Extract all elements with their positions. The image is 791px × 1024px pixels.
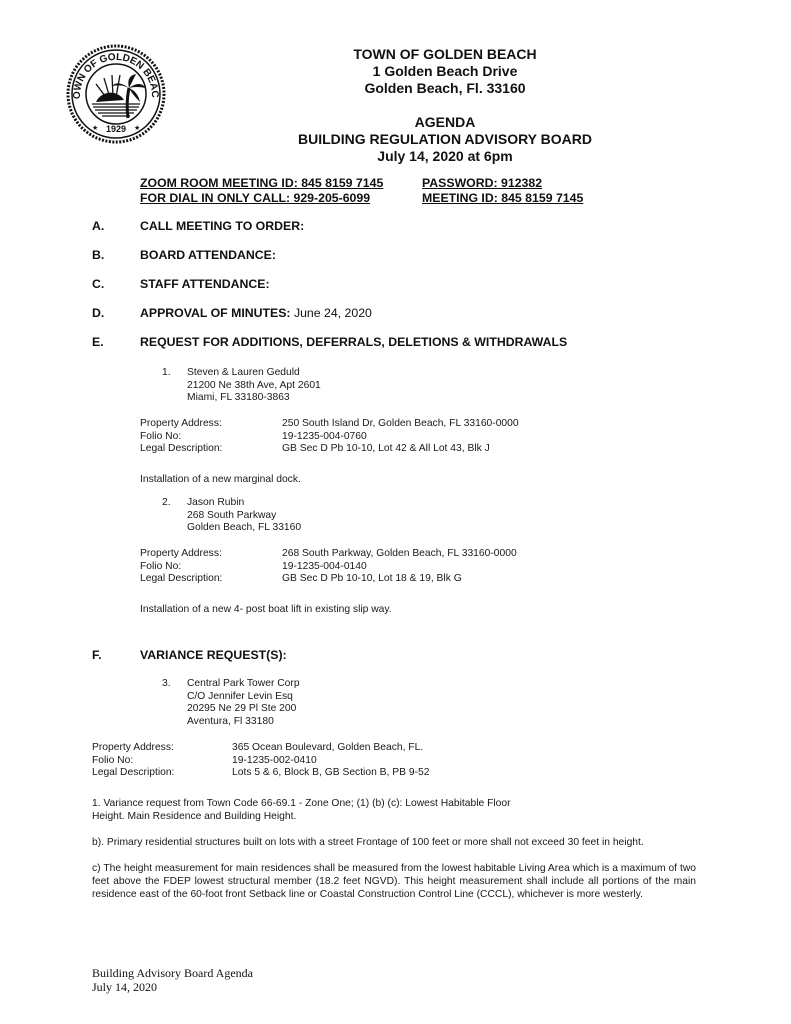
- item-number: 3.: [162, 678, 182, 691]
- town-address: 1 Golden Beach Drive: [200, 63, 690, 80]
- variance-para-c: c) The height measurement for main resid…: [92, 862, 696, 902]
- zoom-meeting-info: ZOOM ROOM MEETING ID: 845 8159 7145 PASS…: [140, 176, 592, 206]
- zoom-meeting-id: ZOOM ROOM MEETING ID: 845 8159 7145: [140, 176, 383, 191]
- item-2-description: Installation of a new 4- post boat lift …: [140, 604, 392, 617]
- section-title: VARIANCE REQUEST(S):: [140, 648, 287, 662]
- item-2-applicant: Jason Rubin 268 South Parkway Golden Bea…: [187, 497, 301, 535]
- zoom-row-2: FOR DIAL IN ONLY CALL: 929-205-6099 MEET…: [140, 191, 592, 206]
- footer: Building Advisory Board Agenda July 14, …: [92, 966, 253, 994]
- svg-text:★: ★: [134, 124, 140, 132]
- folio-number: 19-1235-004-0140: [282, 561, 517, 574]
- legal-description: Lots 5 & 6, Block B, GB Section B, PB 9-…: [232, 767, 429, 780]
- legal-description: GB Sec D Pb 10-10, Lot 18 & 19, Blk G: [282, 573, 517, 586]
- property-address: 268 South Parkway, Golden Beach, FL 3316…: [282, 548, 517, 561]
- item-number: 2.: [162, 497, 182, 510]
- item-1-applicant: Steven & Lauren Geduld 21200 Ne 38th Ave…: [187, 367, 321, 405]
- section-title: CALL MEETING TO ORDER:: [140, 219, 304, 233]
- variance-para-b: b). Primary residential structures built…: [92, 836, 696, 849]
- zoom-password: PASSWORD: 912382: [422, 176, 592, 191]
- agenda-heading: AGENDA: [200, 114, 690, 131]
- svg-text:★: ★: [92, 124, 98, 132]
- folio-number: 19-1235-004-0760: [282, 431, 519, 444]
- section-title: BOARD ATTENDANCE:: [140, 248, 276, 262]
- item-number: 1.: [162, 367, 182, 380]
- zoom-row-1: ZOOM ROOM MEETING ID: 845 8159 7145 PASS…: [140, 176, 592, 191]
- section-title: REQUEST FOR ADDITIONS, DEFERRALS, DELETI…: [140, 335, 567, 349]
- item-2-property-details: Property Address:268 South Parkway, Gold…: [140, 548, 517, 586]
- section-title: STAFF ATTENDANCE:: [140, 277, 270, 291]
- board-name: BUILDING REGULATION ADVISORY BOARD: [200, 131, 690, 148]
- item-1-property-details: Property Address:250 South Island Dr, Go…: [140, 418, 519, 456]
- town-city: Golden Beach, Fl. 33160: [200, 80, 690, 97]
- item-3-property-details: Property Address:365 Ocean Boulevard, Go…: [92, 742, 429, 780]
- footer-date: July 14, 2020: [92, 980, 253, 994]
- legal-description: GB Sec D Pb 10-10, Lot 42 & All Lot 43, …: [282, 443, 519, 456]
- property-address: 250 South Island Dr, Golden Beach, FL 33…: [282, 418, 519, 431]
- svg-text:1929: 1929: [106, 124, 126, 134]
- folio-number: 19-1235-002-0410: [232, 755, 429, 768]
- property-address: 365 Ocean Boulevard, Golden Beach, FL.: [232, 742, 429, 755]
- footer-title: Building Advisory Board Agenda: [92, 966, 253, 980]
- town-name: TOWN OF GOLDEN BEACH: [200, 46, 690, 63]
- dial-in-meeting-id: MEETING ID: 845 8159 7145: [422, 191, 592, 206]
- minutes-date: June 24, 2020: [291, 306, 372, 320]
- item-1-description: Installation of a new marginal dock.: [140, 474, 301, 487]
- variance-request-text: 1. Variance request from Town Code 66-69…: [92, 797, 512, 823]
- town-seal-logo: TOWN OF GOLDEN BEACH 1929 ★ ★: [66, 44, 166, 144]
- section-title: APPROVAL OF MINUTES:: [140, 306, 291, 320]
- meeting-date: July 14, 2020 at 6pm: [200, 148, 690, 165]
- seal-icon: TOWN OF GOLDEN BEACH 1929 ★ ★: [66, 44, 166, 144]
- dial-in-number: FOR DIAL IN ONLY CALL: 929-205-6099: [140, 191, 370, 206]
- item-3-applicant: Central Park Tower Corp C/O Jennifer Lev…: [187, 678, 300, 728]
